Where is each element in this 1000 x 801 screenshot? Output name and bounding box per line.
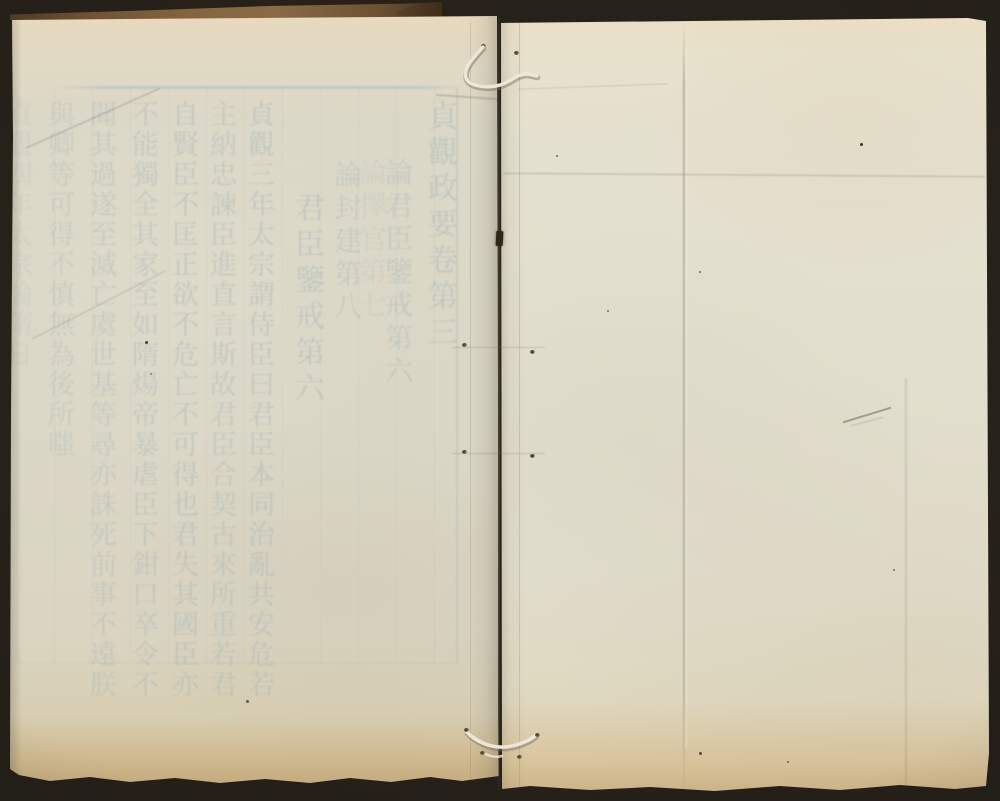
- binding-gutter: [498, 18, 500, 790]
- speck: [150, 373, 152, 375]
- left-page-gutter-shadow: [469, 16, 499, 785]
- ghost-text-column-section-heading: 君臣鑒戒第六: [287, 192, 321, 408]
- ghost-text-column-body-line-6: 與卿等可得不慎無為後所嗤: [38, 100, 72, 460]
- ink-mark: [496, 231, 504, 246]
- speck: [556, 155, 558, 157]
- right-page-scratch-faint: [850, 417, 883, 427]
- ghost-text-column-body-line-2: 主納忠諫臣進直言斯故君臣合契古來所重若君: [200, 100, 234, 700]
- ghost-text-column-body-line-3: 自賢臣不匡正欲不危亡不可得也君失其國臣亦: [162, 100, 196, 700]
- left-page-edge-shadow: [10, 16, 22, 785]
- ghost-text-column-body-line-4: 不能獨全其家至如隋煬帝暴虐臣下鉗口卒令不: [122, 100, 156, 700]
- ghost-text-column-volume-title: 貞觀政要卷第三: [420, 100, 454, 352]
- right-page-lower-vertical-crease: [905, 378, 907, 788]
- stitch-hole: [517, 755, 522, 759]
- speck: [145, 341, 148, 344]
- right-page-horizontal-crease: [503, 172, 985, 177]
- stitch-hole: [462, 343, 467, 347]
- speck: [893, 569, 895, 571]
- speck: [246, 700, 249, 703]
- speck: [699, 752, 702, 755]
- ghost-text-column-body-line-1: 貞觀三年太宗謂侍臣曰君臣本同治亂共安危若: [238, 100, 272, 700]
- book-scan: 貞觀政要卷第三論君臣鑒戒第六論擇官第七論封建第八君臣鑒戒第六貞觀三年太宗謂侍臣曰…: [0, 0, 1000, 801]
- ghost-text-column-contents-entry-3: 論封建第八: [326, 160, 360, 325]
- stitch-crease: [452, 347, 545, 348]
- speck: [699, 271, 701, 273]
- thread-tail: [482, 752, 502, 757]
- speck: [860, 143, 863, 146]
- stitch-hole: [480, 751, 485, 755]
- stitch-hole: [462, 450, 467, 454]
- stitch-hole: [464, 728, 469, 732]
- ghost-text-column-body-line-5: 聞其過遂至滅亡虞世基等尋亦誅死前事不遠朕: [80, 100, 114, 700]
- right-page-scratch: [843, 407, 891, 423]
- binding-thread-bottom: [455, 718, 550, 768]
- speck: [607, 310, 609, 312]
- right-page: [500, 18, 989, 793]
- speck: [787, 761, 789, 763]
- left-page: 貞觀政要卷第三論君臣鑒戒第六論擇官第七論封建第八君臣鑒戒第六貞觀三年太宗謂侍臣曰…: [10, 16, 499, 785]
- binding-thread-top: [450, 36, 550, 98]
- thread: [465, 47, 537, 87]
- right-page-main-vertical-crease: [683, 22, 685, 790]
- right-page-gutter-shadow: [500, 18, 526, 793]
- stitch-hole: [530, 350, 535, 354]
- stitch-hole: [530, 454, 535, 458]
- right-page-crease-highlight: [685, 48, 687, 748]
- stitch-hole: [535, 733, 540, 737]
- showthrough-text-layer: 貞觀政要卷第三論君臣鑒戒第六論擇官第七論封建第八君臣鑒戒第六貞觀三年太宗謂侍臣曰…: [10, 16, 499, 785]
